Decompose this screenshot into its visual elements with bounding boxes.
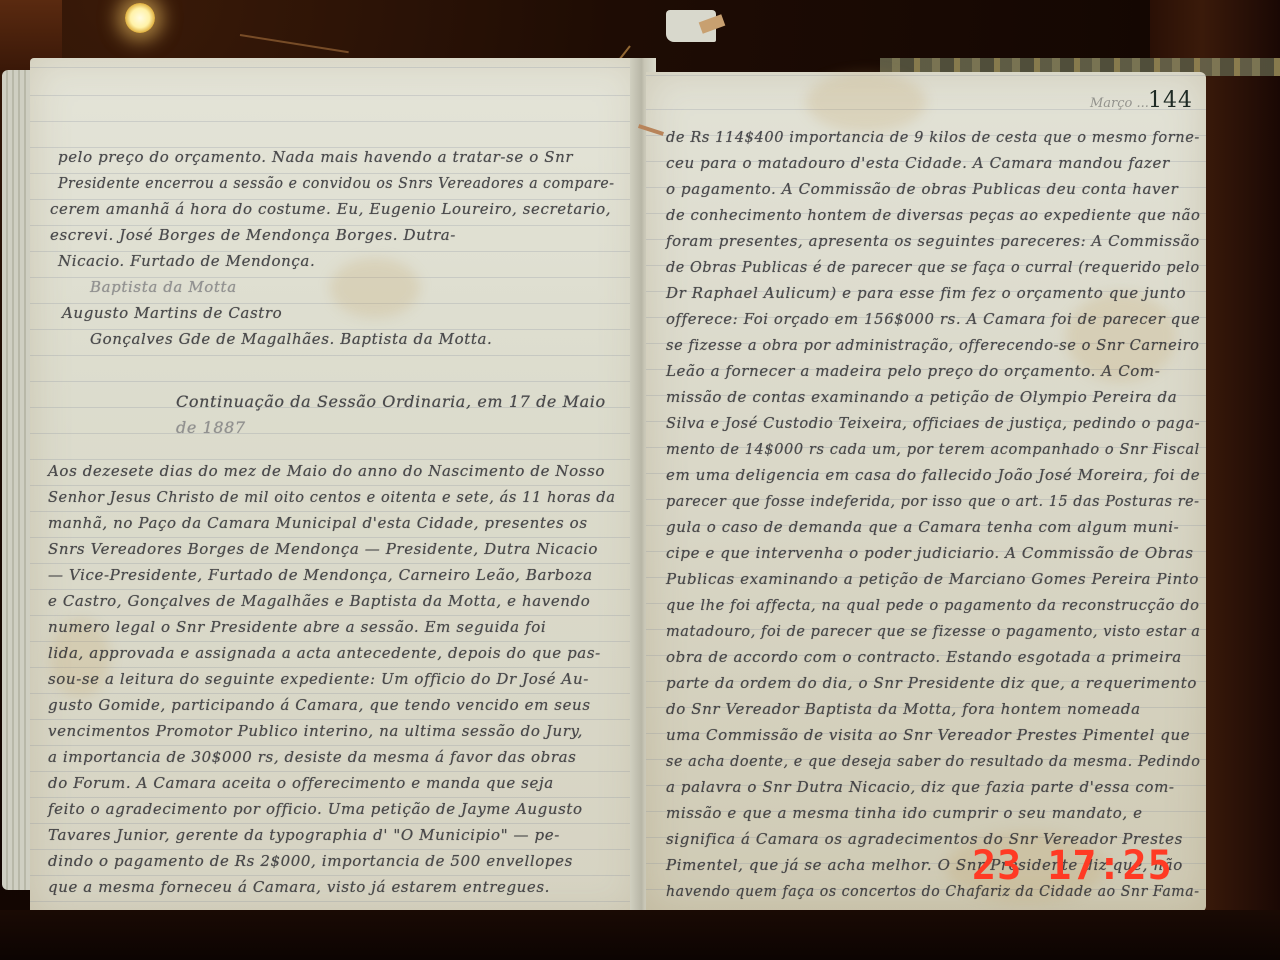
handwritten-line: gusto Gomide, participando á Camara, que… — [48, 696, 591, 714]
handwritten-line: foram presentes, apresenta os seguintes … — [666, 232, 1200, 250]
handwritten-line: parecer que fosse indeferida, por isso q… — [666, 492, 1200, 510]
page-header-note: Março ... — [1090, 96, 1149, 111]
page-number: 144 — [1148, 88, 1193, 113]
signature: Augusto Martins de Castro — [62, 304, 282, 322]
handwritten-line: feito o agradecimento por officio. Uma p… — [48, 800, 583, 818]
handwritten-line: cerem amanhã á hora do costume. Eu, Euge… — [50, 200, 611, 218]
handwritten-line: cipe e que intervenha o poder judiciario… — [666, 544, 1194, 562]
handwritten-line: missão de contas examinando a petição de… — [666, 388, 1177, 406]
handwritten-line: Senhor Jesus Christo de mil oito centos … — [48, 488, 615, 506]
handwritten-line: manhã, no Paço da Camara Municipal d'est… — [48, 514, 588, 532]
handwritten-line: a palavra o Snr Dutra Nicacio, diz que f… — [666, 778, 1175, 796]
handwritten-line: do Snr Vereador Baptista da Motta, fora … — [666, 700, 1141, 718]
handwritten-line: sou-se a leitura do seguinte expediente:… — [48, 670, 589, 688]
background-stick — [240, 34, 349, 53]
handwritten-line: offerece: Foi orçado em 156$000 rs. A Ca… — [666, 310, 1200, 328]
stain — [330, 258, 420, 318]
handwritten-line: gula o caso de demanda que a Camara tenh… — [666, 518, 1179, 536]
lamp-light — [125, 3, 155, 33]
handwritten-line: se fizesse a obra por administração, off… — [666, 336, 1200, 354]
handwritten-line: uma Commissão de visita ao Snr Vereador … — [666, 726, 1190, 744]
handwritten-line: ceu para o matadouro d'esta Cidade. A Ca… — [666, 154, 1170, 172]
handwritten-line: do Forum. A Camara aceita o offereciment… — [48, 774, 554, 792]
handwritten-line: o pagamento. A Commissão de obras Public… — [666, 180, 1178, 198]
handwritten-line: que lhe foi affecta, na qual pede o paga… — [666, 596, 1200, 614]
handwritten-line: em uma deligencia em casa do fallecido J… — [666, 466, 1200, 484]
handwritten-line: missão e que a mesma tinha ido cumprir o… — [666, 804, 1143, 822]
handwritten-line: a importancia de 30$000 rs, desiste da m… — [48, 748, 576, 766]
handwritten-line: de conhecimento hontem de diversas peças… — [666, 206, 1200, 224]
handwritten-line: Publicas examinando a petição de Marcian… — [666, 570, 1199, 588]
handwritten-line: matadouro, foi de parecer que se fizesse… — [666, 622, 1200, 640]
stain — [806, 72, 926, 132]
handwritten-line: Nicacio. Furtado de Mendonça. — [58, 252, 315, 270]
handwritten-line: Snrs Vereadores Borges de Mendonça — Pre… — [48, 540, 598, 558]
handwritten-line: se acha doente, e que deseja saber do re… — [666, 752, 1200, 770]
handwritten-line: Tavares Junior, gerente da typographia d… — [48, 826, 560, 844]
section-heading-year: de 1887 — [176, 418, 246, 437]
handwritten-line: e Castro, Gonçalves de Magalhães e Bapti… — [48, 592, 590, 610]
handwritten-line: numero legal o Snr Presidente abre a ses… — [48, 618, 546, 636]
camera-timestamp: 23 17:25 — [972, 846, 1173, 886]
handwritten-line: que a mesma forneceu á Camara, visto já … — [48, 878, 550, 896]
signature: Gonçalves Gde de Magalhães. Baptista da … — [90, 330, 492, 348]
handwritten-line: obra de accordo com o contracto. Estando… — [666, 648, 1182, 666]
handwritten-line: lida, approvada e assignada a acta antec… — [48, 644, 601, 662]
handwritten-line: pelo preço do orçamento. Nada mais haven… — [58, 148, 573, 166]
handwritten-line: Presidente encerrou a sessão e convidou … — [58, 174, 615, 192]
handwritten-line: de Obras Publicas é de parecer que se fa… — [666, 258, 1200, 276]
handwritten-line: escrevi. José Borges de Mendonça Borges.… — [50, 226, 456, 244]
handwritten-line: — Vice-Presidente, Furtado de Mendonça, … — [48, 566, 593, 584]
handwritten-line: Silva e José Custodio Teixeira, officiae… — [666, 414, 1200, 432]
handwritten-line: vencimentos Promotor Publico interino, n… — [48, 722, 583, 740]
handwritten-line: Dr Raphael Aulicum) e para esse fim fez … — [666, 284, 1186, 302]
handwritten-line: Aos dezesete dias do mez de Maio do anno… — [48, 462, 605, 480]
handwritten-line: mento de 14$000 rs cada um, por terem ac… — [666, 440, 1200, 458]
signature: Baptista da Motta — [90, 278, 237, 296]
table-surface — [0, 910, 1280, 960]
handwritten-line: de Rs 114$400 importancia de 9 kilos de … — [666, 128, 1200, 146]
handwritten-line: Leão a fornecer a madeira pelo preço do … — [666, 362, 1160, 380]
handwritten-line: parte da ordem do dia, o Snr Presidente … — [666, 674, 1197, 692]
handwritten-line: dindo o pagamento de Rs 2$000, importanc… — [48, 852, 573, 870]
section-heading: Continuação da Sessão Ordinaria, em 17 d… — [176, 392, 606, 411]
